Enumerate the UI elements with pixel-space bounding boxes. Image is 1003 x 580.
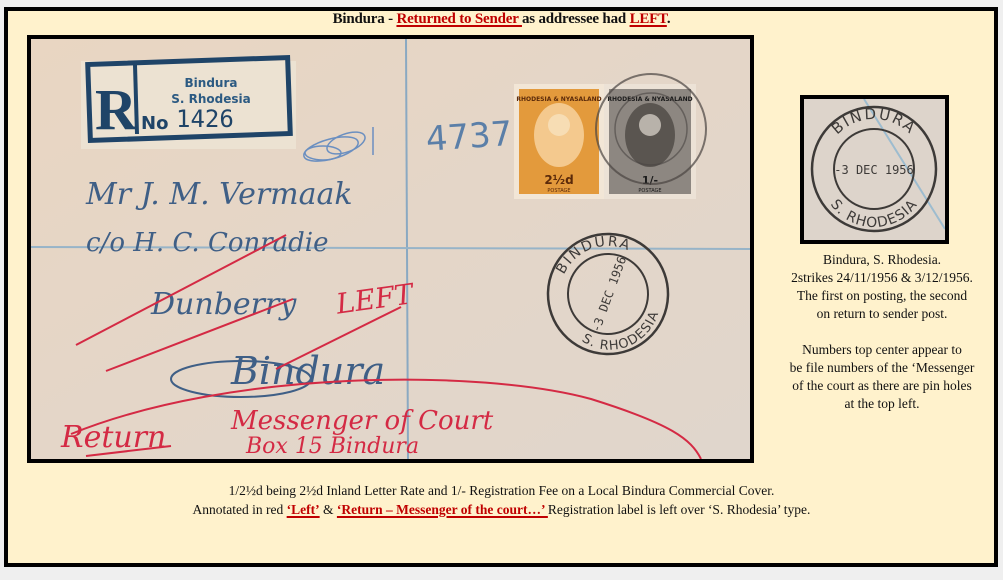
stamp-2half-d: 2½d RHODESIA & NYASALAND POSTAGE (514, 84, 604, 199)
caption-line-2: Annotated in red ‘Left’ & ‘Return – Mess… (0, 500, 1003, 519)
stamp-1-country: RHODESIA & NYASALAND (516, 96, 601, 103)
envelope-image: R Bindura S. Rhodesia No 1426 4737 2½d R… (27, 35, 754, 463)
title-highlight-returned: Returned to Sender (396, 11, 522, 27)
caption: 1/2½d being 2½d Inland Letter Rate and 1… (0, 481, 1003, 519)
caption-line-1: 1/2½d being 2½d Inland Letter Rate and 1… (0, 481, 1003, 500)
inset-postmark-date: -3 DEC 1956 (834, 163, 913, 177)
stamp-2-country: RHODESIA & NYASALAND (607, 96, 692, 103)
caption-red-return: ‘Return – Messenger of the court…’ (337, 502, 548, 517)
file-number: 4737 (425, 114, 514, 160)
side-notes-paragraph-1: Bindura, S. Rhodesia. 2strikes 24/11/195… (762, 251, 1002, 323)
caption-red-left: ‘Left’ (287, 502, 320, 517)
stamp-2-footer: POSTAGE (638, 188, 661, 194)
stamp-1-footer: POSTAGE (547, 188, 570, 194)
registration-region: S. Rhodesia (171, 92, 251, 106)
annotation-return: Return (60, 420, 166, 455)
address-line-4: Bindura (230, 349, 385, 393)
annotation-messenger: Messenger of Court (230, 406, 494, 436)
side-notes-paragraph-2: Numbers top center appear to be file num… (762, 341, 1002, 413)
registration-r: R (95, 77, 138, 142)
title-middle: as addressee had (522, 11, 630, 27)
title-highlight-left: LEFT (630, 11, 667, 27)
page-title: Bindura - Returned to Sender as addresse… (0, 11, 1003, 28)
title-suffix: . (667, 11, 671, 27)
registration-label: R Bindura S. Rhodesia No 1426 (81, 58, 296, 149)
address-line-3: Dunberry (150, 287, 297, 322)
stamp-2-value: 1/- (642, 174, 658, 187)
title-prefix: Bindura - (333, 11, 397, 27)
side-notes: Bindura, S. Rhodesia. 2strikes 24/11/195… (762, 251, 1002, 413)
stamp-1-shilling: 1/- RHODESIA & NYASALAND POSTAGE (596, 74, 706, 199)
registration-office: Bindura (185, 76, 238, 90)
annotation-box: Box 15 Bindura (245, 434, 419, 459)
registration-number: 1426 (176, 105, 234, 133)
registration-no: No (141, 113, 168, 134)
stamp-1-value: 2½d (544, 173, 573, 187)
address-line-2: c/o H. C. Conradie (86, 228, 329, 258)
address-line-1: Mr J. M. Vermaak (85, 177, 353, 212)
postmark-inset-image: BINDURA S. RHODESIA -3 DEC 1956 (800, 95, 949, 244)
